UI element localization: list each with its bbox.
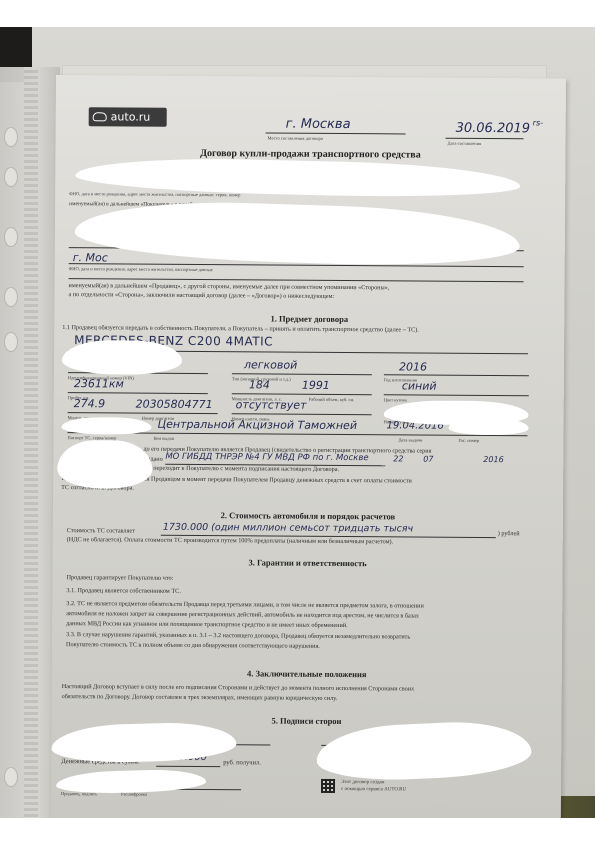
registration-month: 07 <box>423 455 433 464</box>
punch-hole-icon <box>4 767 18 787</box>
issued-by-label: Кем выдан <box>153 436 174 441</box>
color-value: синий <box>402 379 437 392</box>
car-icon <box>93 112 107 121</box>
redaction-mask <box>51 721 237 764</box>
place-label: Место составления договора <box>268 135 323 140</box>
registration-day: 22 <box>393 454 403 463</box>
footer-line-1: Этот договор создан <box>341 780 384 785</box>
color-label: Цвет кузова <box>384 397 407 402</box>
year-value: 2016 <box>399 360 427 373</box>
power-value: 184 <box>249 378 270 391</box>
clause-3-1: 3.1. Продавец является собственником ТС. <box>66 586 181 597</box>
redaction-mask <box>56 768 207 794</box>
date-suffix: rs- <box>533 118 543 127</box>
punch-hole-icon <box>4 127 18 147</box>
engine-number-value: 20305804771 <box>136 398 213 412</box>
document-title: Договор купли-продажи транспортного сред… <box>55 147 565 162</box>
mileage-value: 23611км <box>74 377 124 390</box>
redaction-mask <box>74 197 521 270</box>
redaction-mask <box>448 418 528 436</box>
registration-year: 2016 <box>483 455 503 464</box>
seller-caption: ФИО, дата и место рождения, адрес места … <box>69 266 213 272</box>
punch-hole-icon <box>4 287 18 307</box>
sleeve-binding-strip <box>24 67 38 818</box>
footer-line-2: с помощью сервиса AUTO.RU <box>341 787 406 792</box>
punch-hole-icon <box>4 332 18 352</box>
date-label: Дата составления <box>448 141 482 146</box>
volume-label: Рабочий объем, куб. см. <box>309 397 355 402</box>
place-value: г. Москва <box>286 117 351 132</box>
document-photo: auto.ru г. Москва Место составления дого… <box>0 27 595 818</box>
chassis-value: отсутствует <box>236 398 307 411</box>
redaction-mask <box>57 440 152 489</box>
issued-by-value: Центральной Акцизной Таможней <box>158 418 358 432</box>
punch-hole-icon <box>4 167 18 187</box>
clause-1-2c: переходит к Покупателю с момента подписа… <box>153 464 339 475</box>
brand-name: auto.ru <box>111 110 151 123</box>
section-3-heading: 3. Гарантии и ответственность <box>53 556 563 570</box>
contract-page: auto.ru г. Москва Место составления дого… <box>51 75 566 818</box>
final-provisions-b: обязательств по Договору. Договор состав… <box>62 692 338 704</box>
clause-3-2c: данных МВД России как угнанное или похищ… <box>66 619 348 631</box>
price-suffix: ) рублей <box>498 529 520 539</box>
date-value: 30.06.2019 <box>456 121 531 137</box>
parties-text-2: а по отдельности «Сторона», заключили на… <box>68 290 334 301</box>
payment-terms: (НДС не облагается). Оплата стоимости ТС… <box>67 535 393 547</box>
redaction-mask <box>315 719 532 784</box>
redaction-mask <box>62 340 182 375</box>
clause-3-3b: Покупателю стоимость ТС в полном объеме … <box>66 640 320 652</box>
section-4-heading: 4. Заключительные положения <box>52 667 562 681</box>
guarantee-intro: Продавец гарантирует Покупателю что: <box>66 573 173 584</box>
registration-issuer-value: МО ГИБДД ТНРЭР №4 ГУ МВД РФ по г. Москве <box>165 452 368 463</box>
brand-logo: auto.ru <box>89 107 167 127</box>
price-value: 1730.000 (один миллион семьсот тридцать … <box>163 522 413 535</box>
plate-label: Гос. номер <box>458 438 479 443</box>
volume-value: 1991 <box>302 379 330 392</box>
section-2-heading: 2. Стоимость автомобиля и порядок расчет… <box>53 509 563 523</box>
redaction-mask <box>61 417 151 435</box>
type-value: легковой <box>244 358 297 371</box>
qr-code-icon <box>321 779 335 793</box>
punch-hole-icon <box>4 227 18 247</box>
money-received-suffix: руб. получил. <box>223 758 261 768</box>
issue-date-label: Дата выдачи <box>398 437 422 442</box>
engine-model-value: 274.9 <box>74 397 106 410</box>
